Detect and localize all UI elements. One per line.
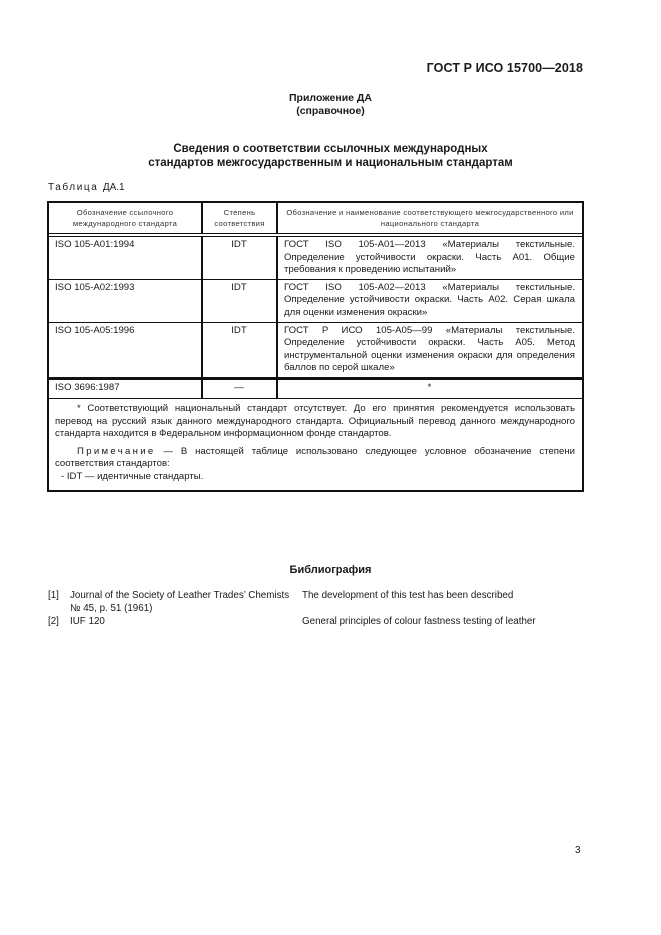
bibliography-entry: [1] Journal of the Society of Leather Tr…: [0, 590, 661, 616]
appendix-title: Приложение ДА: [0, 92, 661, 105]
document-code: ГОСТ Р ИСО 15700—2018: [427, 61, 583, 75]
appendix-heading: Приложение ДА (справочное): [0, 92, 661, 118]
bibliography-entry: [2] IUF 120 General principles of colour…: [0, 616, 661, 630]
bibliography-number: [2]: [48, 616, 59, 629]
section-title-line-2: стандартов межгосударственным и национал…: [0, 156, 661, 170]
table-row: ISO 3696:1987 — *: [49, 378, 582, 398]
table-note: Примечание — В настоящей таблице использ…: [55, 446, 575, 471]
bibliography-number: [1]: [48, 590, 59, 603]
table-footnote: * Соответствующий национальный стандарт …: [49, 398, 582, 489]
table-row: ISO 105-A01:1994 IDT ГОСТ ISO 105-A01—20…: [49, 235, 582, 279]
table-label-number: ДА.1: [103, 182, 125, 193]
footnote-text: * Соответствующий национальный стандарт …: [55, 403, 575, 441]
page-number: 3: [575, 845, 581, 856]
note-item: - IDT — идентичные стандарты.: [55, 471, 575, 484]
table-label-word: Таблица: [48, 182, 98, 193]
bibliography-description: General principles of colour fastness te…: [302, 616, 592, 629]
table-row: ISO 105-A02:1993 IDT ГОСТ ISO 105-A02—20…: [49, 279, 582, 322]
cell-reference: ISO 3696:1987: [49, 378, 202, 398]
cell-standard: ГОСТ Р ИСО 105-А05—99 «Материалы текстил…: [277, 322, 582, 378]
cell-degree: IDT: [202, 279, 277, 322]
table-header-row: Обозначение ссылочного международного ст…: [49, 203, 582, 235]
header-national-standard: Обозначение и наименование соответствующ…: [277, 203, 582, 235]
appendix-subtitle: (справочное): [0, 105, 661, 118]
bibliography-source: IUF 120: [70, 616, 302, 629]
table-row: ISO 105-A05:1996 IDT ГОСТ Р ИСО 105-А05—…: [49, 322, 582, 378]
bibliography-title: Библиография: [0, 564, 661, 576]
cell-standard: ГОСТ ISO 105-A02—2013 «Материалы текстил…: [277, 279, 582, 322]
cell-degree: IDT: [202, 235, 277, 279]
cell-degree: —: [202, 378, 277, 398]
section-title-line-1: Сведения о соответствии ссылочных междун…: [0, 142, 661, 156]
cell-degree: IDT: [202, 322, 277, 378]
cell-standard: ГОСТ ISO 105-A01—2013 «Материалы текстил…: [277, 235, 582, 279]
bibliography-description: The development of this test has been de…: [302, 590, 592, 603]
cell-reference: ISO 105-A01:1994: [49, 235, 202, 279]
table-label: Таблица ДА.1: [48, 182, 125, 193]
header-degree: Степень соответствия: [202, 203, 277, 235]
note-label: Примечание: [77, 446, 156, 457]
cell-reference: ISO 105-A02:1993: [49, 279, 202, 322]
section-title: Сведения о соответствии ссылочных междун…: [0, 142, 661, 170]
table-footnote-row: * Соответствующий национальный стандарт …: [49, 398, 582, 489]
header-reference-standard: Обозначение ссылочного международного ст…: [49, 203, 202, 235]
bibliography-source: Journal of the Society of Leather Trades…: [70, 590, 302, 615]
cell-standard: *: [277, 378, 582, 398]
correspondence-table: Обозначение ссылочного международного ст…: [47, 201, 584, 492]
cell-reference: ISO 105-A05:1996: [49, 322, 202, 378]
